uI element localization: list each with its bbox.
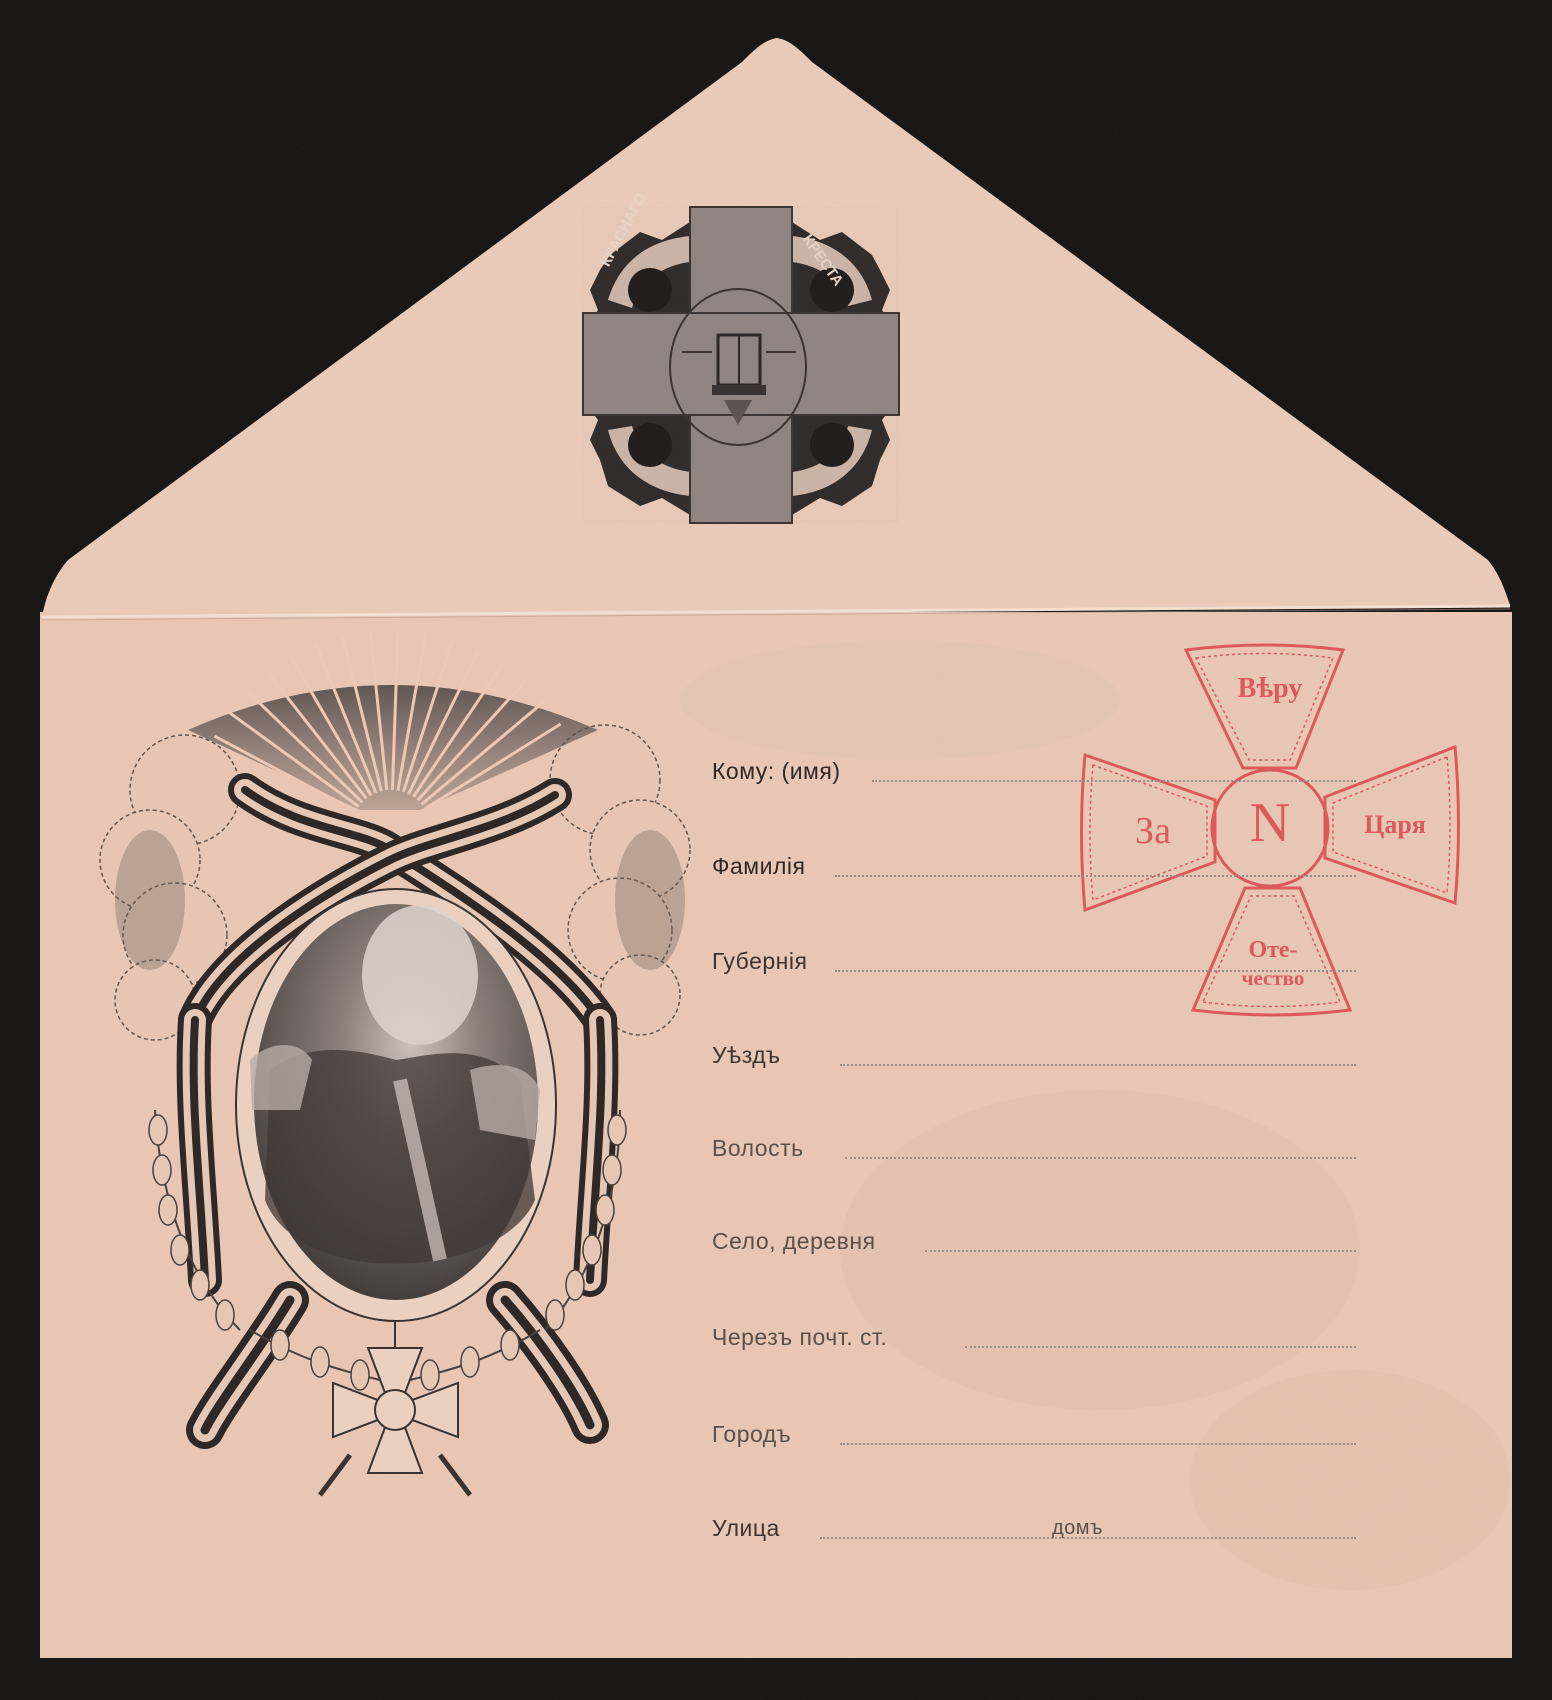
- address-field-label: Городъ: [712, 1423, 791, 1446]
- address-field-label: Фамилія: [712, 855, 805, 878]
- red-cross-badge-emblem: [583, 207, 899, 523]
- stamp-text-bottom-1: Оте-: [1228, 938, 1318, 962]
- envelope-scan: КРАСНАГО КРЕСТА Вѣру За Царя N Оте- чест…: [0, 0, 1552, 1700]
- address-field-label: Уѣздъ: [712, 1044, 781, 1067]
- address-field-line[interactable]: [835, 970, 1356, 972]
- address-field-label: Волость: [712, 1137, 804, 1160]
- address-field-label: Губернія: [712, 950, 807, 973]
- stamp-text-center: N: [1240, 795, 1300, 851]
- stamp-text-top: Вѣру: [1225, 675, 1315, 703]
- address-field-line[interactable]: [840, 1064, 1356, 1066]
- address-field-line[interactable]: [835, 875, 1356, 877]
- stamp-text-right: Царя: [1340, 812, 1450, 838]
- address-field-label: Черезъ почт. ст.: [712, 1326, 887, 1349]
- address-field-line[interactable]: [845, 1157, 1356, 1159]
- address-field-line[interactable]: [965, 1346, 1356, 1348]
- address-field-label: Село, деревня: [712, 1230, 876, 1253]
- house-label: домъ: [1052, 1518, 1103, 1538]
- stamp-text-left: За: [1108, 812, 1198, 850]
- address-field-line[interactable]: [925, 1250, 1356, 1252]
- address-field-label: Кому: (имя): [712, 760, 840, 783]
- address-field-line[interactable]: [872, 780, 1356, 782]
- address-field-label: Улица: [712, 1517, 780, 1540]
- address-field-line[interactable]: [840, 1443, 1356, 1445]
